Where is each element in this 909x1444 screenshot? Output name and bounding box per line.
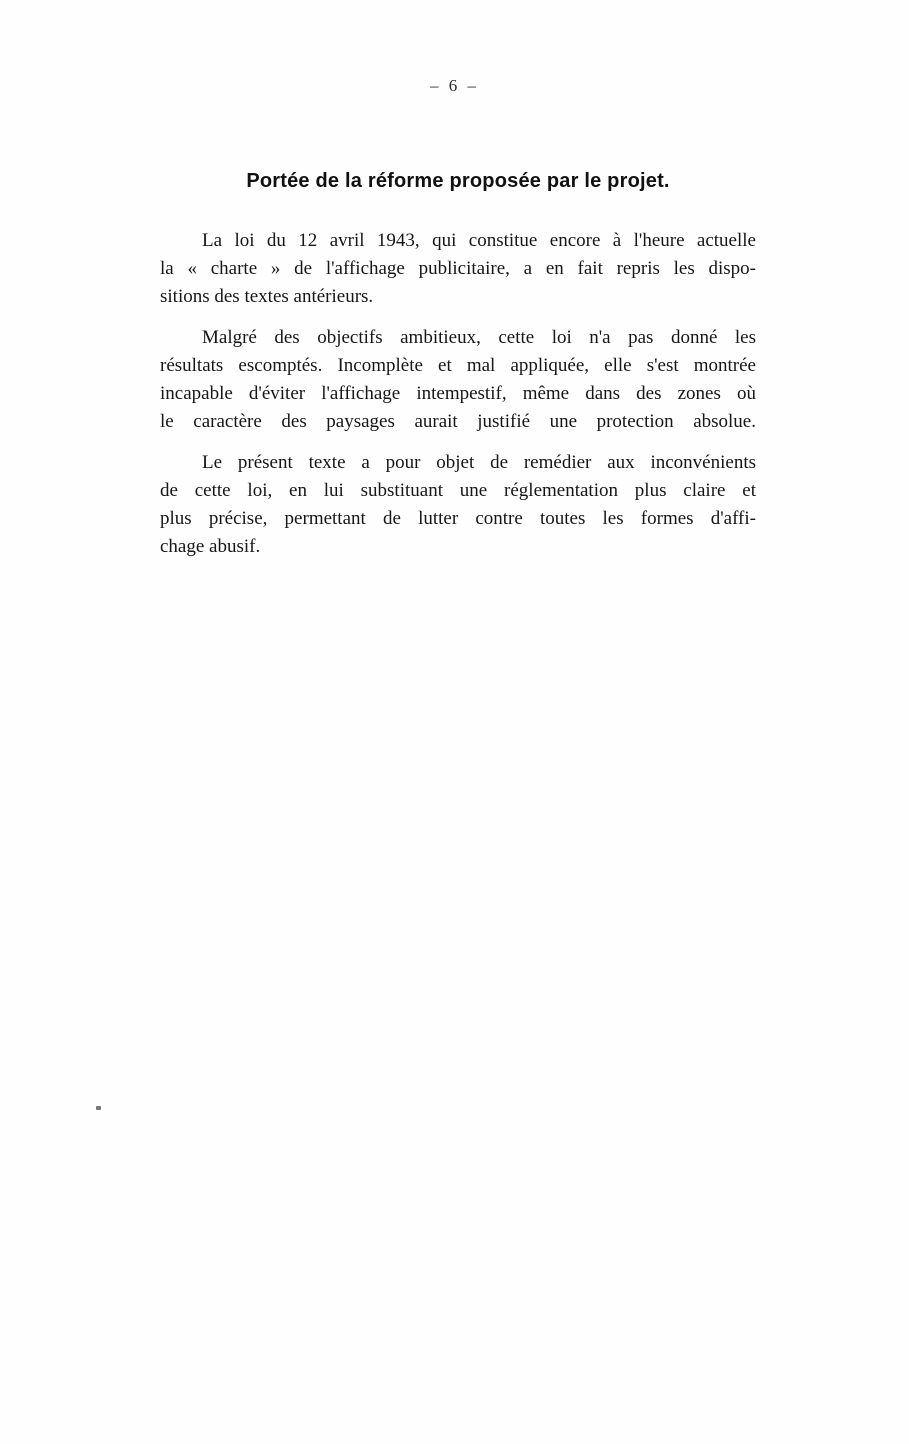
body-line: Malgré des objectifs ambitieux, cette lo…	[160, 324, 756, 352]
document-page: – 6 – Portée de la réforme proposée par …	[0, 0, 909, 1444]
paragraph-2: Malgré des objectifs ambitieux, cette lo…	[160, 324, 756, 436]
body-line: La loi du 12 avril 1943, qui constitue e…	[160, 227, 756, 255]
body-line: la « charte » de l'affichage publicitair…	[160, 255, 756, 283]
body-line: sitions des textes antérieurs.	[160, 283, 756, 311]
body-line: de cette loi, en lui substituant une rég…	[160, 477, 756, 505]
body-text: La loi du 12 avril 1943, qui constitue e…	[160, 227, 756, 574]
body-line: le caractère des paysages aurait justifi…	[160, 408, 756, 436]
body-line: chage abusif.	[160, 533, 756, 561]
body-line: plus précise, permettant de lutter contr…	[160, 505, 756, 533]
body-line: incapable d'éviter l'affichage intempest…	[160, 380, 756, 408]
paragraph-3: Le présent texte a pour objet de remédie…	[160, 449, 756, 561]
paragraph-1: La loi du 12 avril 1943, qui constitue e…	[160, 227, 756, 311]
scan-artifact	[96, 1106, 101, 1110]
body-line: Le présent texte a pour objet de remédie…	[160, 449, 756, 477]
page-number: – 6 –	[0, 76, 909, 96]
body-line: résultats escomptés. Incomplète et mal a…	[160, 352, 756, 380]
section-heading: Portée de la réforme proposée par le pro…	[160, 170, 756, 193]
